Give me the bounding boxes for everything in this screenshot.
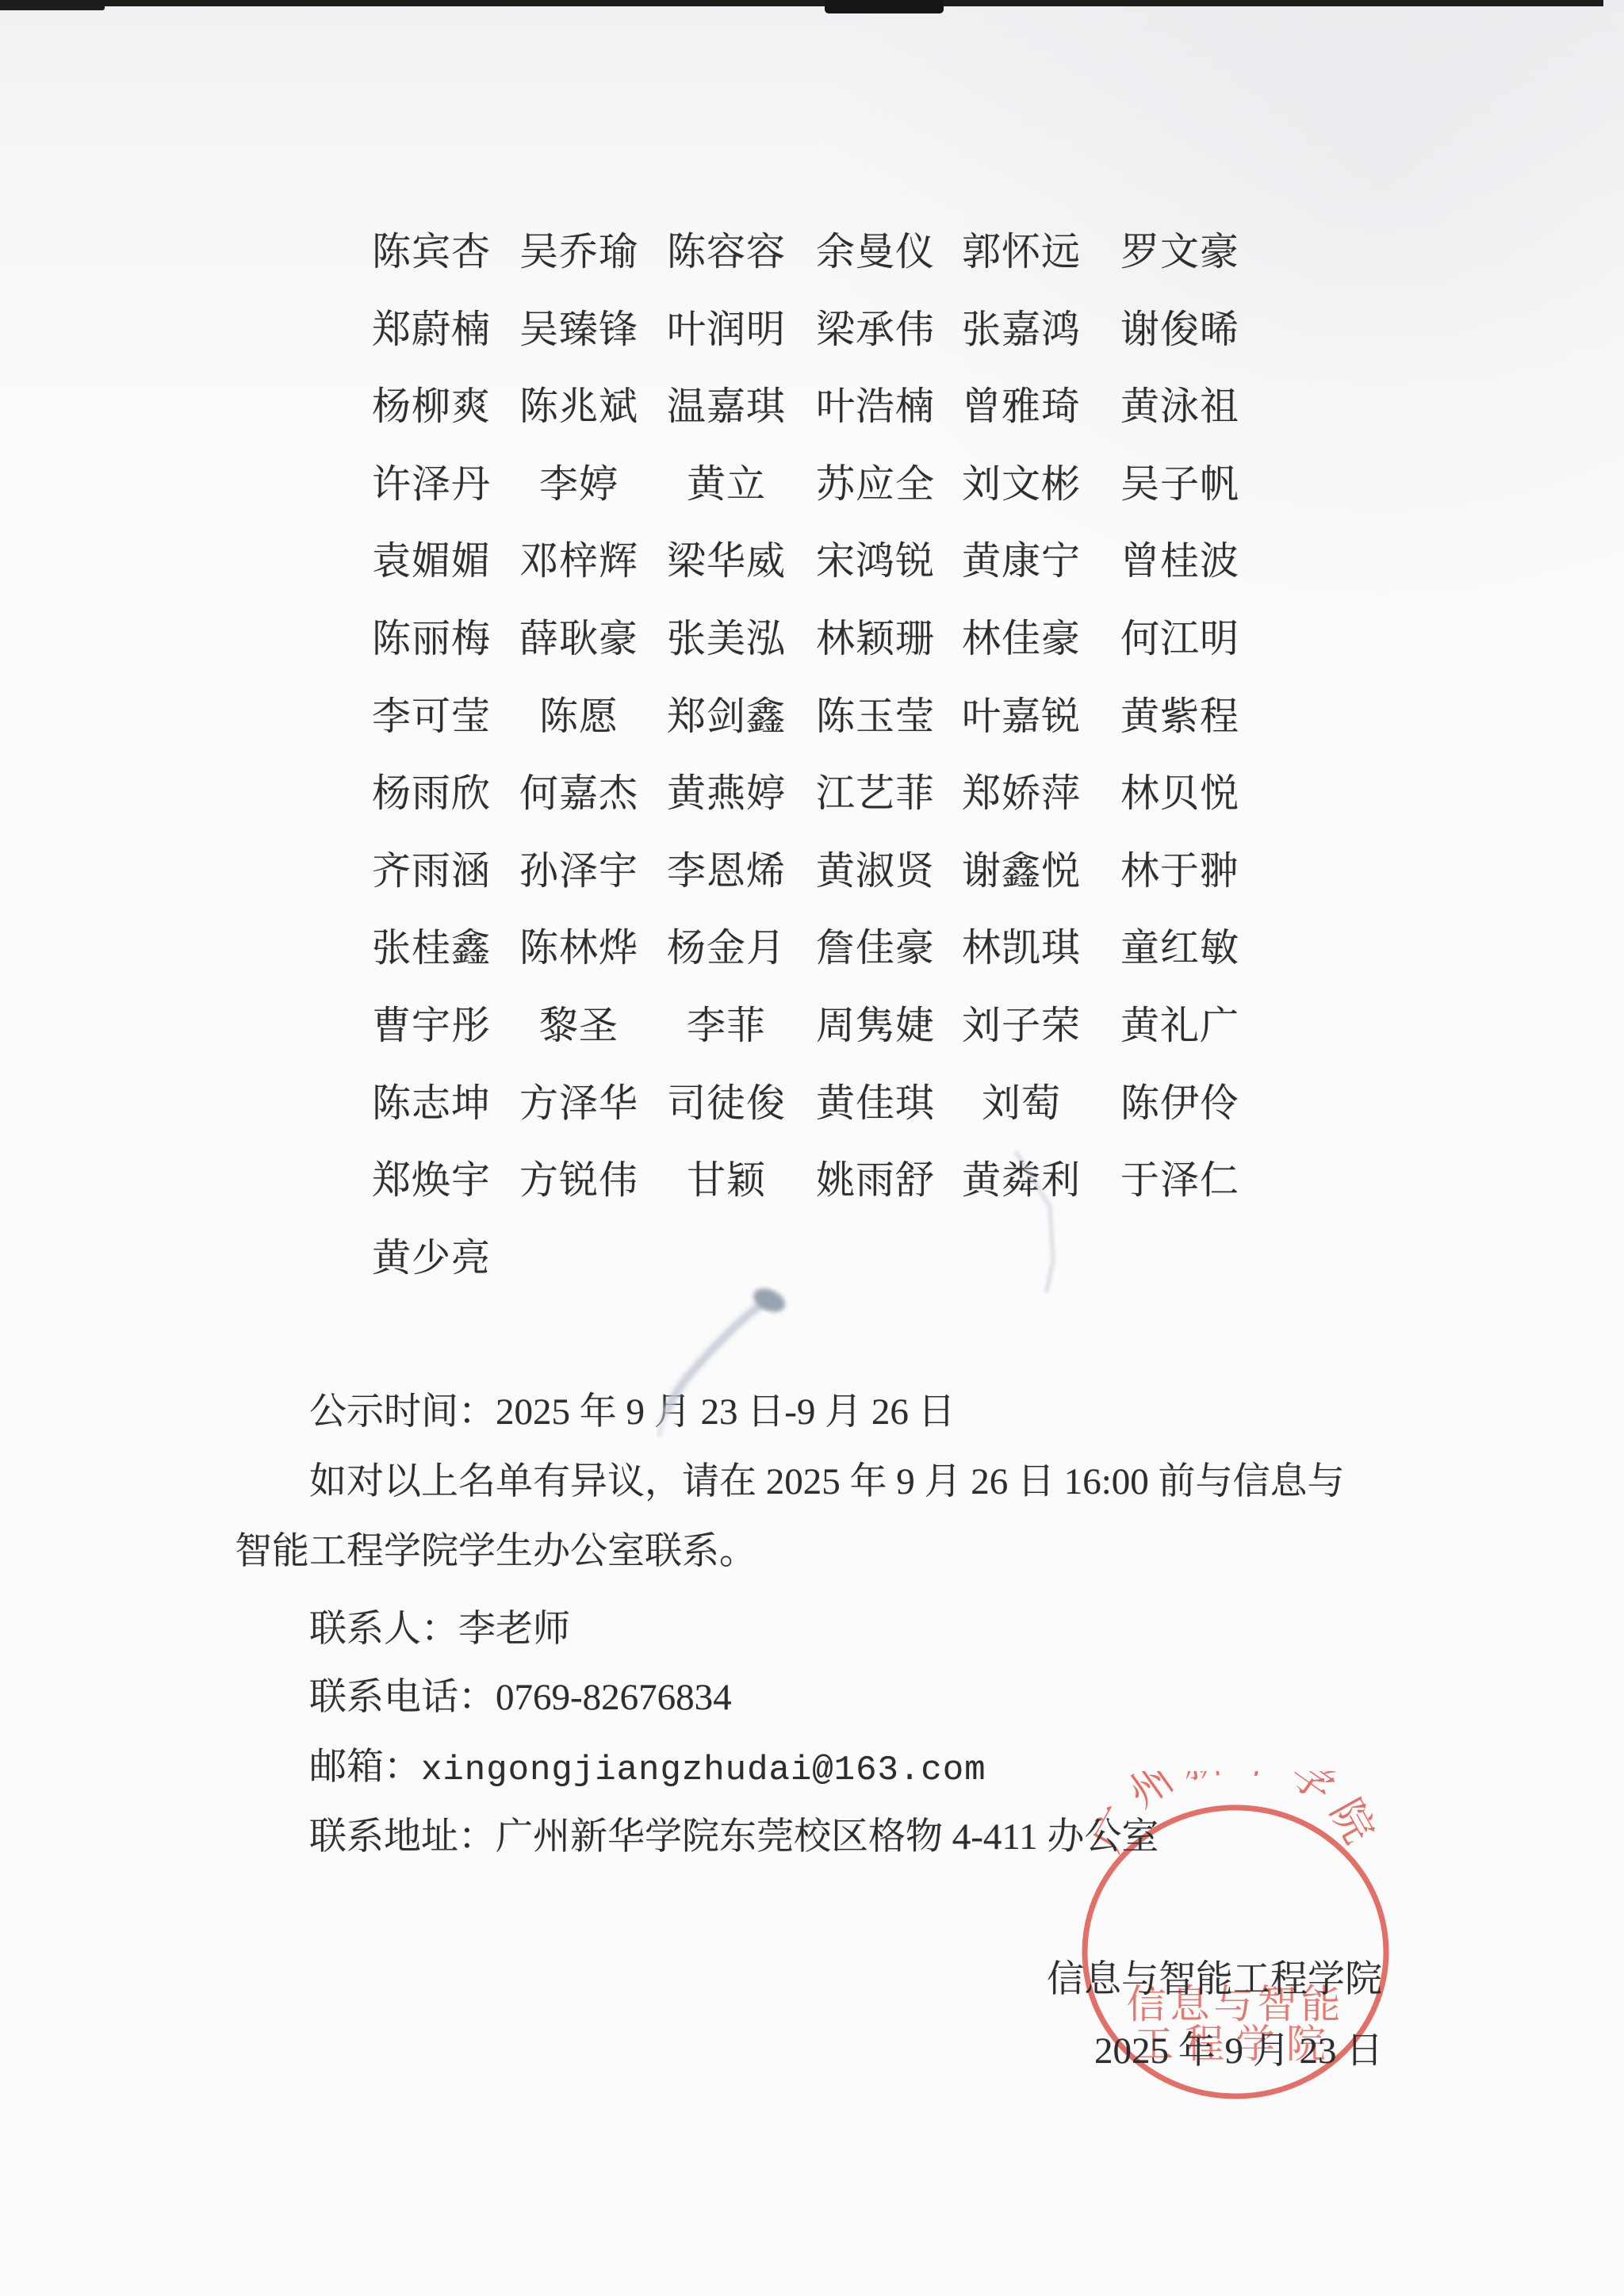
student-name: 孙泽宇	[514, 848, 644, 895]
student-name: 方锐伟	[514, 1157, 644, 1204]
student-name: 林凯琪	[956, 924, 1086, 972]
student-name: 叶嘉锐	[956, 693, 1086, 740]
student-name: 苏应全	[810, 461, 940, 508]
student-name: 林于翀	[1115, 848, 1245, 895]
student-name: 郭怀远	[956, 228, 1086, 276]
student-name: 甘颖	[661, 1157, 791, 1204]
name-row: 陈丽梅薛耿豪张美泓林颖珊林佳豪何江明	[0, 615, 1624, 693]
student-name: 陈愿	[514, 693, 644, 740]
student-name: 梁华威	[661, 538, 791, 585]
student-name: 詹佳豪	[810, 924, 940, 972]
student-name: 陈宾杏	[366, 228, 496, 276]
student-name: 郑娇萍	[956, 770, 1086, 817]
student-name: 童红敏	[1115, 924, 1245, 972]
student-name: 何江明	[1115, 615, 1245, 663]
email-address: xingongjiangzhudai@163.com	[421, 1751, 986, 1790]
student-name: 陈志坤	[366, 1080, 496, 1127]
student-name: 曾雅琦	[956, 383, 1086, 430]
student-name: 李婷	[514, 461, 644, 508]
student-name: 方泽华	[514, 1080, 644, 1127]
contact-address-line: 联系地址：广州新华学院东莞校区格物 4-411 办公室	[309, 1814, 1159, 1860]
publicity-period-line: 公示时间：2025 年 9 月 23 日-9 月 26 日	[309, 1389, 956, 1435]
student-name: 邓梓辉	[514, 538, 644, 585]
email-line: 邮箱：xingongjiangzhudai@163.com	[309, 1744, 986, 1793]
student-name: 黄紫程	[1115, 693, 1245, 740]
scanner-edge-strip	[0, 0, 1603, 6]
student-name: 林佳豪	[956, 615, 1086, 663]
name-row: 袁媚媚邓梓辉梁华威宋鸿锐黄康宁曾桂波	[0, 538, 1624, 615]
student-name: 张美泓	[661, 615, 791, 663]
student-name: 余曼仪	[810, 228, 940, 276]
student-name: 曾桂波	[1115, 538, 1245, 585]
name-row: 齐雨涵孙泽宇李恩烯黄淑贤谢鑫悦林于翀	[0, 848, 1624, 925]
student-name: 黄佳琪	[810, 1080, 940, 1127]
student-name: 陈林烨	[514, 924, 644, 972]
student-name: 郑焕宇	[366, 1157, 496, 1204]
student-name: 陈容容	[661, 228, 791, 276]
name-row: 许泽丹李婷黄立苏应全刘文彬吴子帆	[0, 461, 1624, 538]
signature-department: 信息与智能工程学院	[1047, 1957, 1382, 2003]
student-name: 吴子帆	[1115, 461, 1245, 508]
scanner-edge-strip-left	[0, 0, 105, 10]
student-name: 李可莹	[366, 693, 496, 740]
student-name: 刘子荣	[956, 1002, 1086, 1050]
student-name: 林贝悦	[1115, 770, 1245, 817]
student-name: 黄立	[661, 461, 791, 508]
signature-date: 2025 年 9 月 23 日	[1094, 2028, 1383, 2074]
student-name: 薛耿豪	[514, 615, 644, 663]
student-name: 谢俊晞	[1115, 306, 1245, 354]
student-name: 郑蔚楠	[366, 306, 496, 354]
name-row: 郑蔚楠吴臻锋叶润明梁承伟张嘉鸿谢俊晞	[0, 306, 1624, 384]
student-name: 叶浩楠	[810, 383, 940, 430]
student-name: 陈伊伶	[1115, 1080, 1245, 1127]
student-name: 黄礼广	[1115, 1002, 1245, 1050]
student-name: 陈丽梅	[366, 615, 496, 663]
student-name: 江艺菲	[810, 770, 940, 817]
email-label: 邮箱：	[309, 1747, 421, 1788]
student-name: 杨金月	[661, 924, 791, 972]
student-name: 陈兆斌	[514, 383, 644, 430]
student-name: 刘文彬	[956, 461, 1086, 508]
student-name: 黄燕婷	[661, 770, 791, 817]
student-name: 李恩烯	[661, 848, 791, 895]
student-name: 林颖珊	[810, 615, 940, 663]
student-name: 齐雨涵	[366, 848, 496, 895]
name-row: 曹宇彤黎圣李菲周隽婕刘子荣黄礼广	[0, 1002, 1624, 1080]
student-name: 郑剑鑫	[661, 693, 791, 740]
scanner-edge-strip-blob	[825, 0, 944, 13]
student-name: 张桂鑫	[366, 924, 496, 972]
student-name: 周隽婕	[810, 1002, 940, 1050]
student-name: 吴臻锋	[514, 306, 644, 354]
objection-line-2: 智能工程学院学生办公室联系。	[235, 1529, 756, 1575]
student-name: 杨柳爽	[366, 383, 496, 430]
student-name: 黄少亮	[366, 1234, 496, 1282]
student-name: 叶润明	[661, 306, 791, 354]
name-row: 郑焕宇方锐伟甘颖姚雨舒黄粦利于泽仁	[0, 1157, 1624, 1234]
student-name-list: 陈宾杏吴乔瑜陈容容余曼仪郭怀远罗文豪郑蔚楠吴臻锋叶润明梁承伟张嘉鸿谢俊晞杨柳爽陈…	[0, 228, 1624, 1311]
student-name: 吴乔瑜	[514, 228, 644, 276]
student-name: 何嘉杰	[514, 770, 644, 817]
name-row: 黄少亮	[0, 1234, 1624, 1312]
student-name: 罗文豪	[1115, 228, 1245, 276]
name-row: 陈志坤方泽华司徒俊黄佳琪刘萄陈伊伶	[0, 1080, 1624, 1158]
scanned-document-page: { "name_list": { "rows": [ ["陈宾杏","吴乔瑜",…	[0, 0, 1624, 2296]
student-name: 黄淑贤	[810, 848, 940, 895]
student-name: 黄康宁	[956, 538, 1086, 585]
student-name: 于泽仁	[1115, 1157, 1245, 1204]
student-name: 张嘉鸿	[956, 306, 1086, 354]
student-name: 杨雨欣	[366, 770, 496, 817]
student-name: 黎圣	[514, 1002, 644, 1050]
student-name: 梁承伟	[810, 306, 940, 354]
name-row: 陈宾杏吴乔瑜陈容容余曼仪郭怀远罗文豪	[0, 228, 1624, 306]
name-row: 李可莹陈愿郑剑鑫陈玉莹叶嘉锐黄紫程	[0, 693, 1624, 771]
student-name: 刘萄	[956, 1080, 1086, 1127]
contact-person-line: 联系人：李老师	[309, 1606, 570, 1652]
student-name: 黄粦利	[956, 1157, 1086, 1204]
student-name: 陈玉莹	[810, 693, 940, 740]
objection-line-1: 如对以上名单有异议，请在 2025 年 9 月 26 日 16:00 前与信息与	[309, 1459, 1345, 1505]
student-name: 袁媚媚	[366, 538, 496, 585]
student-name: 姚雨舒	[810, 1157, 940, 1204]
name-row: 张桂鑫陈林烨杨金月詹佳豪林凯琪童红敏	[0, 924, 1624, 1002]
contact-phone-line: 联系电话：0769-82676834	[309, 1674, 732, 1720]
student-name: 温嘉琪	[661, 383, 791, 430]
student-name: 曹宇彤	[366, 1002, 496, 1050]
student-name: 李菲	[661, 1002, 791, 1050]
student-name: 宋鸿锐	[810, 538, 940, 585]
student-name: 谢鑫悦	[956, 848, 1086, 895]
name-row: 杨雨欣何嘉杰黄燕婷江艺菲郑娇萍林贝悦	[0, 770, 1624, 848]
student-name: 黄泳祖	[1115, 383, 1245, 430]
student-name: 许泽丹	[366, 461, 496, 508]
student-name: 司徒俊	[661, 1080, 791, 1127]
name-row: 杨柳爽陈兆斌温嘉琪叶浩楠曾雅琦黄泳祖	[0, 383, 1624, 461]
